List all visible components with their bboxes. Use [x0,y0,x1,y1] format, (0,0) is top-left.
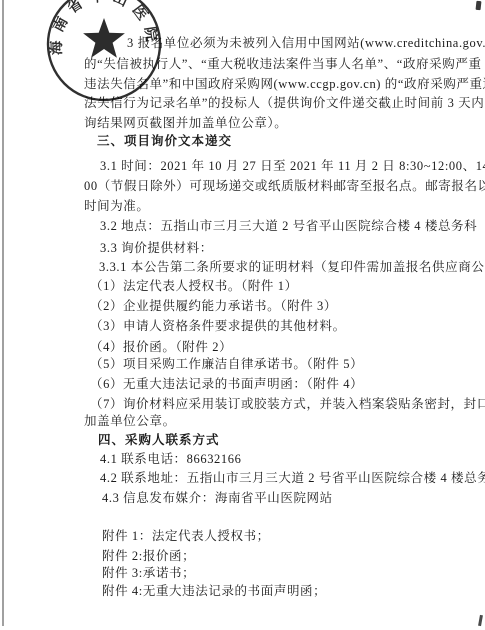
doc-line-24: 4.3 信息发布媒介：海南省平山医院网站 [102,491,333,506]
doc-line-20: 加盖单位公章。 [84,414,176,429]
doc-line-21: 四、采购人联系方式 [98,433,220,448]
doc-line-3: 违法失信名单”和中国政府采购网(www.ccgp.gov.cn) 的“政府采购严… [84,77,485,92]
doc-line-14: （2）企业提供履约能力承诺书。（附件 3） [90,299,337,314]
doc-line-26: 附件 2:报价函； [102,549,195,564]
doc-line-25: 附件 1：法定代表人授权书； [102,529,270,544]
scan-artifact-top-right [476,1,482,10]
doc-line-28: 附件 4:无重大违法记录的书面声明函； [102,584,326,599]
doc-line-6: 三、项目询价文本递交 [97,134,232,149]
doc-line-19: （7）询价材料应采用装订或胶装方式，并装入档案袋贴条密封，封口处 [90,397,485,412]
doc-line-10: 3.2 地点：五指山市三月三大道 2 号省平山医院综合楼 4 楼总务科 [100,219,477,234]
scanned-document-page: 3 报名单位必须为未被列入信用中国网站(www.creditchina.gov.… [0,0,485,630]
doc-line-23: 4.2 联系地址：五指山市三月三大道 2 号省平山医院综合楼 4 楼总务科。 [100,471,485,486]
doc-line-1: 3 报名单位必须为未被列入信用中国网站(www.creditchina.gov.… [127,36,485,51]
doc-line-4: 法失信行为记录名单”的投标人（提供询价文件递交截止时间前 3 天内的查 [84,96,485,111]
doc-text: 3 报名单位必须为未被列入信用中国网站(www.creditchina.gov.… [84,0,464,630]
doc-line-2: 的“失信被执行人”、“重大税收违法案件当事人名单”、“政府采购严重 [84,57,482,72]
doc-line-18: （6）无重大违法记录的书面声明函：（附件 4） [90,377,363,392]
scan-edge-line [2,0,4,626]
doc-line-7: 3.1 时间：2021 年 10 月 27 日至 2021 年 11 月 2 日… [100,159,485,174]
doc-line-16: （4）报价函。（附件 2） [90,340,232,355]
doc-line-22: 4.1 联系电话：86632166 [100,452,241,467]
doc-line-11: 3.3 询价提供材料： [100,241,213,256]
doc-line-9: 时间为准。 [84,199,150,214]
doc-line-27: 附件 3:承诺书； [102,566,195,581]
doc-line-17: （5）项目采购工作廉洁自律承诺书。（附件 5） [90,357,363,372]
doc-line-5: 询结果网页截图并加盖单位公章）。 [84,116,287,131]
doc-line-12: 3.3.1 本公告第二条所要求的证明材料（复印件需加盖报名供应商公章）： [99,260,485,275]
doc-line-13: （1）法定代表人授权书。（附件 1） [90,279,298,294]
doc-line-15: （3）申请人资格条件要求提供的其他材料。 [90,319,346,334]
scan-artifact-bottom-right [478,615,483,626]
doc-line-8: 00（节假日除外）可现场递交或纸质版材料邮寄至报名点。邮寄报名以当地邮戳 [84,179,485,194]
